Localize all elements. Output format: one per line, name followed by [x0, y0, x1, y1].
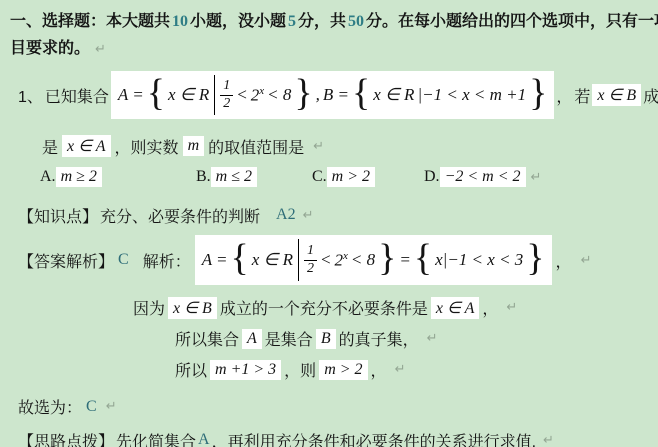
hint-set-letter: A	[198, 431, 210, 447]
reasoning-step-3: 所以 m +1 > 3 ，则 m > 2 ， ↵	[175, 357, 658, 382]
formula-m-variable: m	[183, 136, 205, 156]
conclusion-line: 故选为： C ↵	[18, 395, 658, 418]
formula-x-in-b: x ∈ B	[592, 84, 641, 106]
answer-letter: C	[118, 251, 129, 269]
fraction-numerator: 1	[304, 243, 317, 260]
paragraph-mark-icon: ↵	[543, 433, 554, 447]
analysis-label: 解析：	[143, 249, 191, 272]
paragraph-mark-icon: ↵	[303, 208, 314, 223]
set-a-element: x ∈ R	[168, 85, 209, 105]
left-brace: {	[147, 74, 165, 112]
formula-solution: A = { x ∈ R 12 < 2x < 8 } = { x|−1 < x <…	[195, 235, 552, 285]
set-b-lhs: B =	[323, 85, 349, 105]
set-a-element: x ∈ R	[252, 250, 293, 270]
paragraph-mark-icon: ↵	[427, 331, 438, 346]
paragraph-mark-icon: ↵	[395, 362, 406, 377]
step-text: 所以	[175, 358, 207, 381]
option-b: B.m ≤ 2	[196, 167, 257, 187]
comma-text: ，	[556, 249, 572, 272]
reasoning-step-2: 所以集合 A 是集合 B 的真子集， ↵	[175, 326, 658, 351]
set-separator: ,	[316, 85, 320, 105]
step-text: 所以集合	[175, 327, 239, 350]
formula-x-in-b: x ∈ B	[168, 297, 217, 319]
header-line-2: 目要求的。↵	[10, 35, 658, 63]
right-brace: }	[529, 74, 547, 112]
option-a: A.m ≥ 2	[40, 167, 102, 187]
hint-line: 【思路点拨】 先化简集合 A ，再利用充分条件和必要条件的关系进行求值. ↵	[18, 428, 658, 447]
step-text: 成立的一个充分不必要条件是	[220, 296, 428, 319]
option-d: D.−2 < m < 2↵	[424, 167, 541, 187]
power-base: 2	[335, 250, 344, 269]
fraction-denominator: 2	[307, 261, 314, 277]
option-d-formula: −2 < m < 2	[440, 167, 526, 187]
stem-text: 的取值范围是	[208, 135, 304, 158]
total-points: 50	[346, 13, 366, 30]
knowledge-code: A2	[276, 206, 296, 224]
header-text: 目要求的。	[10, 40, 90, 57]
hint-text: ，再利用充分条件和必要条件的关系进行求值.	[212, 429, 536, 447]
option-a-formula: m ≥ 2	[56, 167, 102, 187]
hint-tag: 【思路点拨】	[18, 429, 114, 447]
answer-analysis-line: 【答案解析】 C 解析： A = { x ∈ R 12 < 2x < 8 } =…	[18, 235, 658, 285]
left-brace: {	[352, 74, 370, 112]
less-than: <	[236, 85, 247, 105]
formula-set-definitions: A = { x ∈ R 12 < 2x < 8 } , B = { x ∈ R …	[111, 71, 554, 119]
paragraph-mark-icon: ↵	[106, 399, 117, 414]
set-b-element: x ∈ R	[373, 85, 414, 105]
question-intro: 已知集合	[45, 84, 109, 107]
step-text: ，	[482, 296, 498, 319]
question-count: 10	[170, 13, 190, 30]
left-brace: {	[231, 239, 249, 277]
set-b-condition: |−1 < x < m +1	[417, 85, 526, 105]
step-text: ，则	[284, 358, 316, 381]
step-text: 是集合	[265, 327, 313, 350]
document-page: 一、选择题：本大题共10小题，没小题5分，共50分。在每小题给出的四个选项中，只…	[0, 0, 658, 447]
question-number: 1、	[18, 84, 43, 107]
paragraph-mark-icon: ↵	[95, 42, 106, 57]
points-per-question: 5	[286, 13, 298, 30]
header-text: 分。在每小题给出的四个选项中，只有一项是符合题	[366, 13, 658, 30]
paragraph-mark-icon: ↵	[313, 139, 324, 154]
formula-m-plus-1: m +1 > 3	[210, 360, 281, 380]
condition-prefix: 若	[574, 84, 590, 107]
conclusion-text: 故选为：	[18, 395, 82, 418]
fraction-one-half: 12	[304, 243, 317, 276]
set-divider-bar	[298, 239, 299, 281]
left-brace: {	[414, 239, 432, 277]
paragraph-mark-icon: ↵	[506, 300, 517, 315]
result-interval: x|−1 < x < 3	[435, 250, 523, 270]
knowledge-tag: 【知识点】	[18, 204, 98, 227]
header-text: 一、选择题：本大题共	[10, 13, 170, 30]
stem-text: 是	[42, 135, 58, 158]
knowledge-text: 充分、必要条件的判断	[100, 204, 260, 227]
hint-text: 先化简集合	[116, 429, 196, 447]
fraction-denominator: 2	[223, 96, 230, 112]
fraction-numerator: 1	[220, 78, 233, 95]
option-b-formula: m ≤ 2	[211, 167, 257, 187]
formula-set-a: A	[242, 329, 262, 349]
question-1-stem-line-2: 是 x ∈ A ，则实数 m 的取值范围是 ↵	[42, 133, 658, 159]
set-a-lhs: A =	[118, 85, 144, 105]
option-c: C.m > 2	[312, 167, 375, 187]
option-b-label: B.	[196, 168, 211, 186]
conclusion-letter: C	[86, 398, 97, 416]
right-brace: }	[378, 239, 396, 277]
formula-set-b: B	[316, 329, 336, 349]
upper-bound: < 8	[267, 85, 291, 105]
power-term: 2x	[251, 85, 264, 106]
knowledge-point-line: 【知识点】 充分、必要条件的判断 A2 ↵	[18, 203, 658, 227]
paragraph-mark-icon: ↵	[581, 253, 592, 268]
option-c-formula: m > 2	[327, 167, 375, 187]
power-exponent: x	[343, 250, 348, 262]
option-a-label: A.	[40, 168, 56, 186]
comma-text: ，	[556, 84, 572, 107]
answer-tag: 【答案解析】	[18, 249, 114, 272]
right-brace: }	[526, 239, 544, 277]
set-divider-bar	[214, 75, 215, 115]
stem-text: ，则实数	[115, 135, 179, 158]
header-line-1: 一、选择题：本大题共10小题，没小题5分，共50分。在每小题给出的四个选项中，只…	[10, 8, 658, 35]
fraction-one-half: 12	[220, 78, 233, 111]
step-text: 因为	[133, 296, 165, 319]
power-term: 2x	[335, 250, 348, 271]
power-exponent: x	[259, 85, 264, 97]
options-row: A.m ≥ 2 B.m ≤ 2 C.m > 2 D.−2 < m < 2↵	[0, 167, 658, 193]
question-1-stem: 1、 已知集合 A = { x ∈ R 12 < 2x < 8 } , B = …	[18, 71, 658, 119]
condition-suffix: 成立的一个充分不必要条件	[643, 84, 658, 107]
paragraph-mark-icon: ↵	[531, 170, 542, 185]
reasoning-step-1: 因为 x ∈ B 成立的一个充分不必要条件是 x ∈ A ， ↵	[133, 295, 658, 320]
set-a-lhs: A =	[202, 250, 228, 270]
right-brace: }	[294, 74, 312, 112]
option-d-label: D.	[424, 168, 440, 186]
power-base: 2	[251, 85, 260, 104]
step-text: 的真子集，	[339, 327, 419, 350]
formula-m-gt-2: m > 2	[319, 360, 367, 380]
header-text: 分，共	[298, 13, 346, 30]
step-text: ，	[371, 358, 387, 381]
formula-x-in-a: x ∈ A	[431, 297, 480, 319]
section-header: 一、选择题：本大题共10小题，没小题5分，共50分。在每小题给出的四个选项中，只…	[0, 0, 658, 63]
header-text: 小题，没小题	[190, 13, 286, 30]
equals-sign: =	[399, 250, 410, 270]
upper-bound: < 8	[351, 250, 375, 270]
formula-x-in-a: x ∈ A	[62, 135, 111, 157]
less-than: <	[320, 250, 331, 270]
option-c-label: C.	[312, 168, 327, 186]
